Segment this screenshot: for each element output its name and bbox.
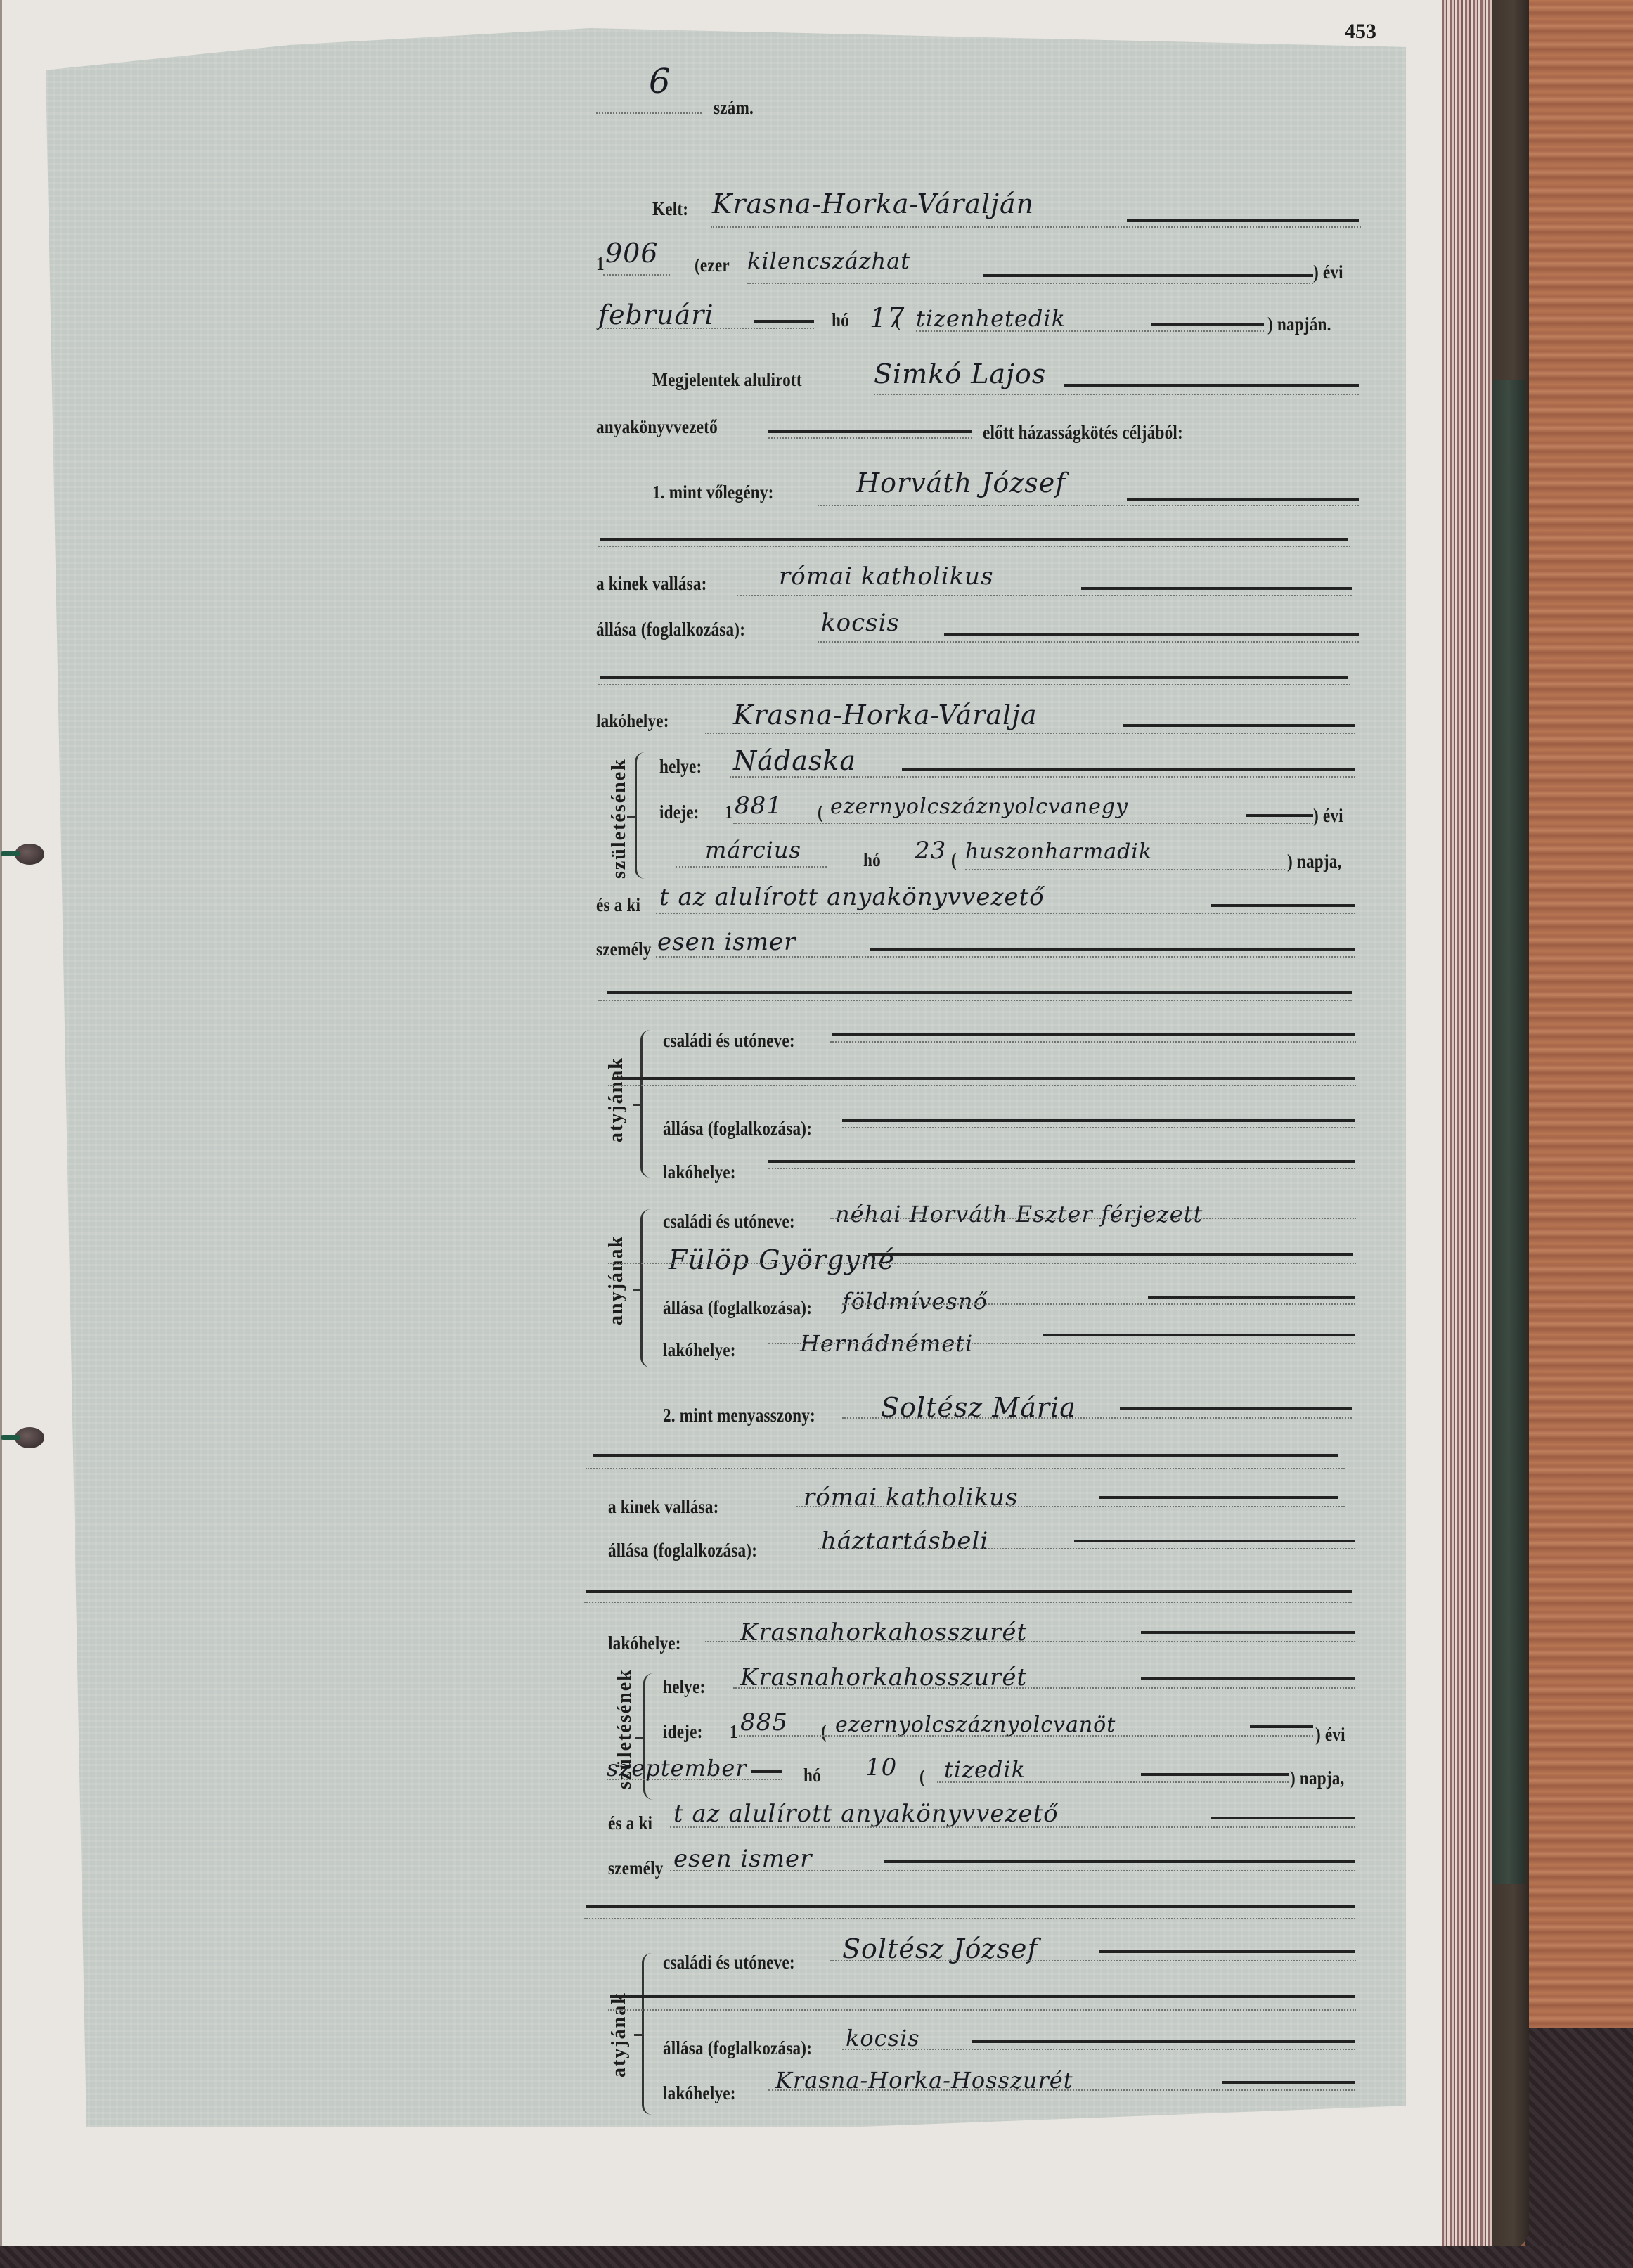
groom-religion[interactable]: római katholikus: [779, 562, 994, 591]
bride-birth-day[interactable]: 10: [865, 1753, 897, 1781]
groom-father-occupation-label: állása (foglalkozása):: [663, 1118, 812, 1140]
carpet: [1525, 2028, 1633, 2268]
dotted-line: [596, 328, 814, 329]
bride-father-occupation[interactable]: kocsis: [846, 2025, 920, 2051]
dotted-line: [937, 1781, 1289, 1783]
fill-line: [1127, 219, 1359, 222]
fill-line: [1151, 323, 1264, 326]
record-number: 6: [649, 62, 671, 101]
groom-mother-name-line2[interactable]: Fülöp Györgyné: [669, 1244, 895, 1275]
bride-identity[interactable]: t az alulírott anyakönyvvezető: [673, 1800, 1059, 1828]
dotted-line: [842, 1303, 1355, 1305]
dotted-line: [586, 1468, 1345, 1469]
binder-ring-icon: [15, 1427, 44, 1448]
fill-line: [1246, 814, 1313, 817]
dotted-line: [818, 505, 1359, 506]
day-open: (: [895, 309, 901, 331]
dotted-line: [737, 595, 1352, 596]
groom-birth-year[interactable]: 881: [735, 792, 782, 820]
groom-mother-occupation-label: állása (foglalkozása):: [663, 1297, 812, 1319]
dotted-line: [830, 1041, 1356, 1043]
napjan-label: ) napján.: [1267, 314, 1331, 335]
bride-father-group-label: atyjának: [608, 1992, 631, 2077]
fill-line: [754, 320, 814, 323]
fill-line: [868, 1253, 1353, 1256]
napja-label: ) napja,: [1287, 851, 1342, 872]
brace: [635, 752, 648, 879]
fill-line: [832, 1033, 1355, 1036]
evi-label: ) évi: [1315, 1724, 1345, 1746]
dotted-line: [607, 1779, 782, 1780]
fill-line: [586, 1590, 1352, 1593]
fill-line: [751, 1770, 782, 1773]
fill-line: [1123, 724, 1355, 727]
fill-line: [1099, 1496, 1338, 1499]
kelt-place[interactable]: Krasna-Horka-Váralján: [712, 188, 1034, 219]
groom-birth-place[interactable]: Nádaska: [733, 745, 856, 776]
bride-identity-label: és a ki: [608, 1812, 652, 1834]
napja-label: ) napja,: [1290, 1767, 1345, 1789]
bride-father-residence-label: lakóhelye:: [663, 2082, 736, 2104]
bride-person[interactable]: esen ismer: [673, 1845, 812, 1873]
fill-line: [593, 1454, 1338, 1457]
book-cover-green-cloth: [1492, 380, 1525, 1884]
ho-label: hó: [803, 1765, 821, 1786]
fill-line: [1211, 1817, 1355, 1819]
fill-line: [870, 948, 1355, 951]
groom-person[interactable]: esen ismer: [657, 928, 796, 956]
dotted-line: [670, 1826, 1355, 1828]
brace: [640, 1209, 654, 1367]
bride-birth-day-words[interactable]: tizedik: [944, 1756, 1026, 1783]
dotted-line: [705, 1641, 1355, 1642]
dotted-line: [733, 823, 1313, 824]
fill-line: [944, 633, 1359, 636]
ho-label: hó: [863, 849, 881, 871]
fill-line: [1099, 1950, 1355, 1953]
dotted-line: [584, 1918, 1355, 1919]
dotted-line: [603, 274, 670, 276]
groom-father-residence-label: lakóhelye:: [663, 1161, 736, 1183]
groom-birth-day[interactable]: 23: [915, 837, 946, 865]
groom-person-label: személy: [596, 939, 652, 960]
fill-line: [1141, 1773, 1289, 1776]
page-number: 453: [1345, 20, 1376, 44]
fill-line: [1127, 498, 1359, 501]
groom-label: 1. mint vőlegény:: [652, 482, 774, 503]
paren-open: (: [821, 1721, 827, 1743]
bride-occupation[interactable]: háztartásbeli: [821, 1527, 988, 1555]
groom-identity-label: és a ki: [596, 894, 640, 916]
dotted-line: [747, 283, 1313, 284]
dotted-line: [874, 394, 1359, 395]
groom-mother-name-label: családi és utóneve:: [663, 1211, 795, 1232]
fill-line: [884, 1860, 1355, 1863]
groom-birth-group-label: születésének: [608, 758, 631, 879]
dotted-line: [596, 112, 702, 114]
paren-open: (: [818, 801, 823, 823]
bride-label: 2. mint menyasszony:: [663, 1405, 815, 1426]
dotted-line: [656, 913, 1355, 914]
evi-label: ) évi: [1313, 805, 1343, 827]
dotted-line: [598, 684, 1350, 685]
fill-line: [1043, 1334, 1355, 1336]
dotted-line: [768, 2089, 1355, 2091]
dotted-line: [818, 641, 1359, 643]
register-page: 453 6 szám. Kelt: Krasna-Horka-Váralján …: [0, 0, 1442, 2246]
fill-line: [1120, 1407, 1352, 1410]
dotted-line: [842, 1417, 1352, 1419]
dotted-line: [608, 1085, 1356, 1086]
fill-line: [1250, 1725, 1313, 1728]
groom-identity[interactable]: t az alulírott anyakönyvvezető: [659, 883, 1045, 911]
fill-line: [1081, 587, 1352, 590]
fill-line: [842, 1119, 1355, 1122]
fill-line: [610, 1995, 1355, 1998]
bride-birth-place-label: helye:: [663, 1676, 705, 1698]
groom-birth-month[interactable]: március: [705, 837, 801, 863]
paren-open: (: [951, 849, 957, 871]
groom-mother-occupation[interactable]: földmívesnő: [842, 1288, 988, 1315]
groom-father-name-label: családi és utóneve:: [663, 1030, 795, 1052]
day-words[interactable]: tizenhetedik: [916, 305, 1066, 332]
bride-religion[interactable]: római katholikus: [803, 1483, 1019, 1512]
brace: [642, 1953, 655, 2115]
bride-birth-year-words[interactable]: ezernyolcszáznyolcvanöt: [835, 1713, 1116, 1737]
dotted-line: [598, 1000, 1352, 1001]
dotted-line: [916, 330, 1264, 332]
fill-line: [1211, 904, 1355, 907]
kelt-label: Kelt:: [652, 198, 688, 220]
fill-line: [1148, 1296, 1355, 1299]
bride-residence-label: lakóhelye:: [608, 1632, 681, 1654]
dotted-line: [711, 226, 1361, 228]
year-words[interactable]: kilencszázhat: [747, 247, 910, 274]
bride-birth-month[interactable]: szeptember: [607, 1755, 747, 1781]
month[interactable]: februári: [598, 299, 714, 330]
bride-religion-label: a kinek vallása:: [608, 1496, 719, 1518]
fill-line: [768, 430, 972, 433]
appeared-label: Megjelentek alulirott: [652, 369, 802, 391]
dotted-line: [796, 1506, 1345, 1507]
fill-line: [1074, 1540, 1355, 1542]
dotted-line: [768, 1168, 1355, 1169]
groom-mother-group-label: anyjának: [605, 1235, 628, 1325]
fill-line: [972, 2040, 1355, 2043]
dotted-line: [608, 1263, 1356, 1264]
ho-label: hó: [832, 309, 849, 331]
year-value[interactable]: 906: [605, 238, 659, 269]
year-prefix: 1: [596, 253, 605, 275]
dotted-line: [768, 437, 972, 439]
dotted-line: [842, 1127, 1355, 1128]
dotted-line: [842, 2049, 1355, 2050]
dotted-line: [730, 776, 1355, 778]
dotted-line: [733, 1687, 1355, 1689]
dotted-line: [830, 1218, 1356, 1219]
page-edges: [1440, 0, 1492, 2250]
dotted-line: [739, 1735, 1313, 1737]
fill-line: [1222, 2081, 1355, 2084]
fill-line: [983, 274, 1313, 277]
paren-open: (: [919, 1766, 925, 1788]
dotted-line: [768, 1343, 1355, 1344]
dotted-line: [705, 733, 1355, 734]
fill-line: [600, 538, 1348, 541]
carpet: [0, 2246, 1633, 2268]
evi-label: ) évi: [1313, 262, 1343, 283]
groom-birth-day-words[interactable]: huszonharmadik: [965, 839, 1152, 864]
registrar-name[interactable]: Simkó Lajos: [874, 359, 1046, 389]
fill-line: [902, 768, 1355, 771]
fill-line: [1141, 1677, 1355, 1680]
groom-name[interactable]: Horváth József: [856, 468, 1066, 498]
dotted-line: [676, 866, 827, 868]
fill-line: [768, 1160, 1355, 1163]
groom-residence[interactable]: Krasna-Horka-Váralja: [733, 700, 1038, 730]
bride-father-name-label: családi és utóneve:: [663, 1952, 795, 1973]
bride-birth-year-prefix: 1: [730, 1721, 738, 1743]
groom-birth-year-prefix: 1: [725, 801, 733, 823]
fill-line: [586, 1905, 1355, 1908]
fill-line: [1141, 1631, 1355, 1634]
groom-birth-year-words[interactable]: ezernyolcszáznyolcvanegy: [830, 794, 1128, 819]
purpose-label: előtt házasságkötés céljából:: [983, 422, 1183, 444]
groom-mother-name-line1[interactable]: néhai Horváth Eszter férjezett: [835, 1201, 1203, 1228]
fill-line: [1064, 384, 1359, 387]
brace: [640, 1030, 654, 1178]
groom-residence-label: lakóhelye:: [596, 710, 669, 732]
dotted-line: [656, 956, 1355, 958]
fill-line: [612, 1077, 1355, 1080]
year-words-label: (ezer: [695, 254, 730, 276]
registrar-title-label: anyakönyvvezető: [596, 416, 718, 438]
bride-person-label: személy: [608, 1857, 664, 1879]
groom-occupation[interactable]: kocsis: [821, 609, 900, 637]
dotted-line: [598, 546, 1350, 547]
bride-father-occupation-label: állása (foglalkozása):: [663, 2037, 812, 2059]
dotted-line: [965, 869, 1285, 870]
groom-birth-place-label: helye:: [659, 756, 702, 778]
groom-mother-residence-label: lakóhelye:: [663, 1339, 736, 1361]
dotted-line: [670, 1870, 1355, 1871]
groom-father-group-label: atyjának: [605, 1057, 628, 1142]
wooden-table: [1525, 0, 1633, 2268]
bride-residence[interactable]: Krasnahorkahosszurét: [740, 1618, 1027, 1647]
dotted-line: [584, 1602, 1352, 1603]
fill-line: [607, 991, 1352, 994]
dotted-line: [818, 1548, 1355, 1549]
binder-ring-icon: [15, 844, 44, 865]
fill-line: [600, 676, 1348, 679]
bride-birth-year[interactable]: 885: [740, 1708, 788, 1737]
groom-occupation-label: állása (foglalkozása):: [596, 619, 745, 640]
bride-birth-time-label: ideje:: [663, 1721, 702, 1743]
dotted-line: [830, 1960, 1356, 1961]
groom-birth-time-label: ideje:: [659, 801, 699, 823]
bride-occupation-label: állása (foglalkozása):: [608, 1540, 757, 1561]
record-number-label: szám.: [714, 97, 754, 119]
groom-religion-label: a kinek vallása:: [596, 573, 707, 595]
dotted-line: [608, 2009, 1356, 2011]
